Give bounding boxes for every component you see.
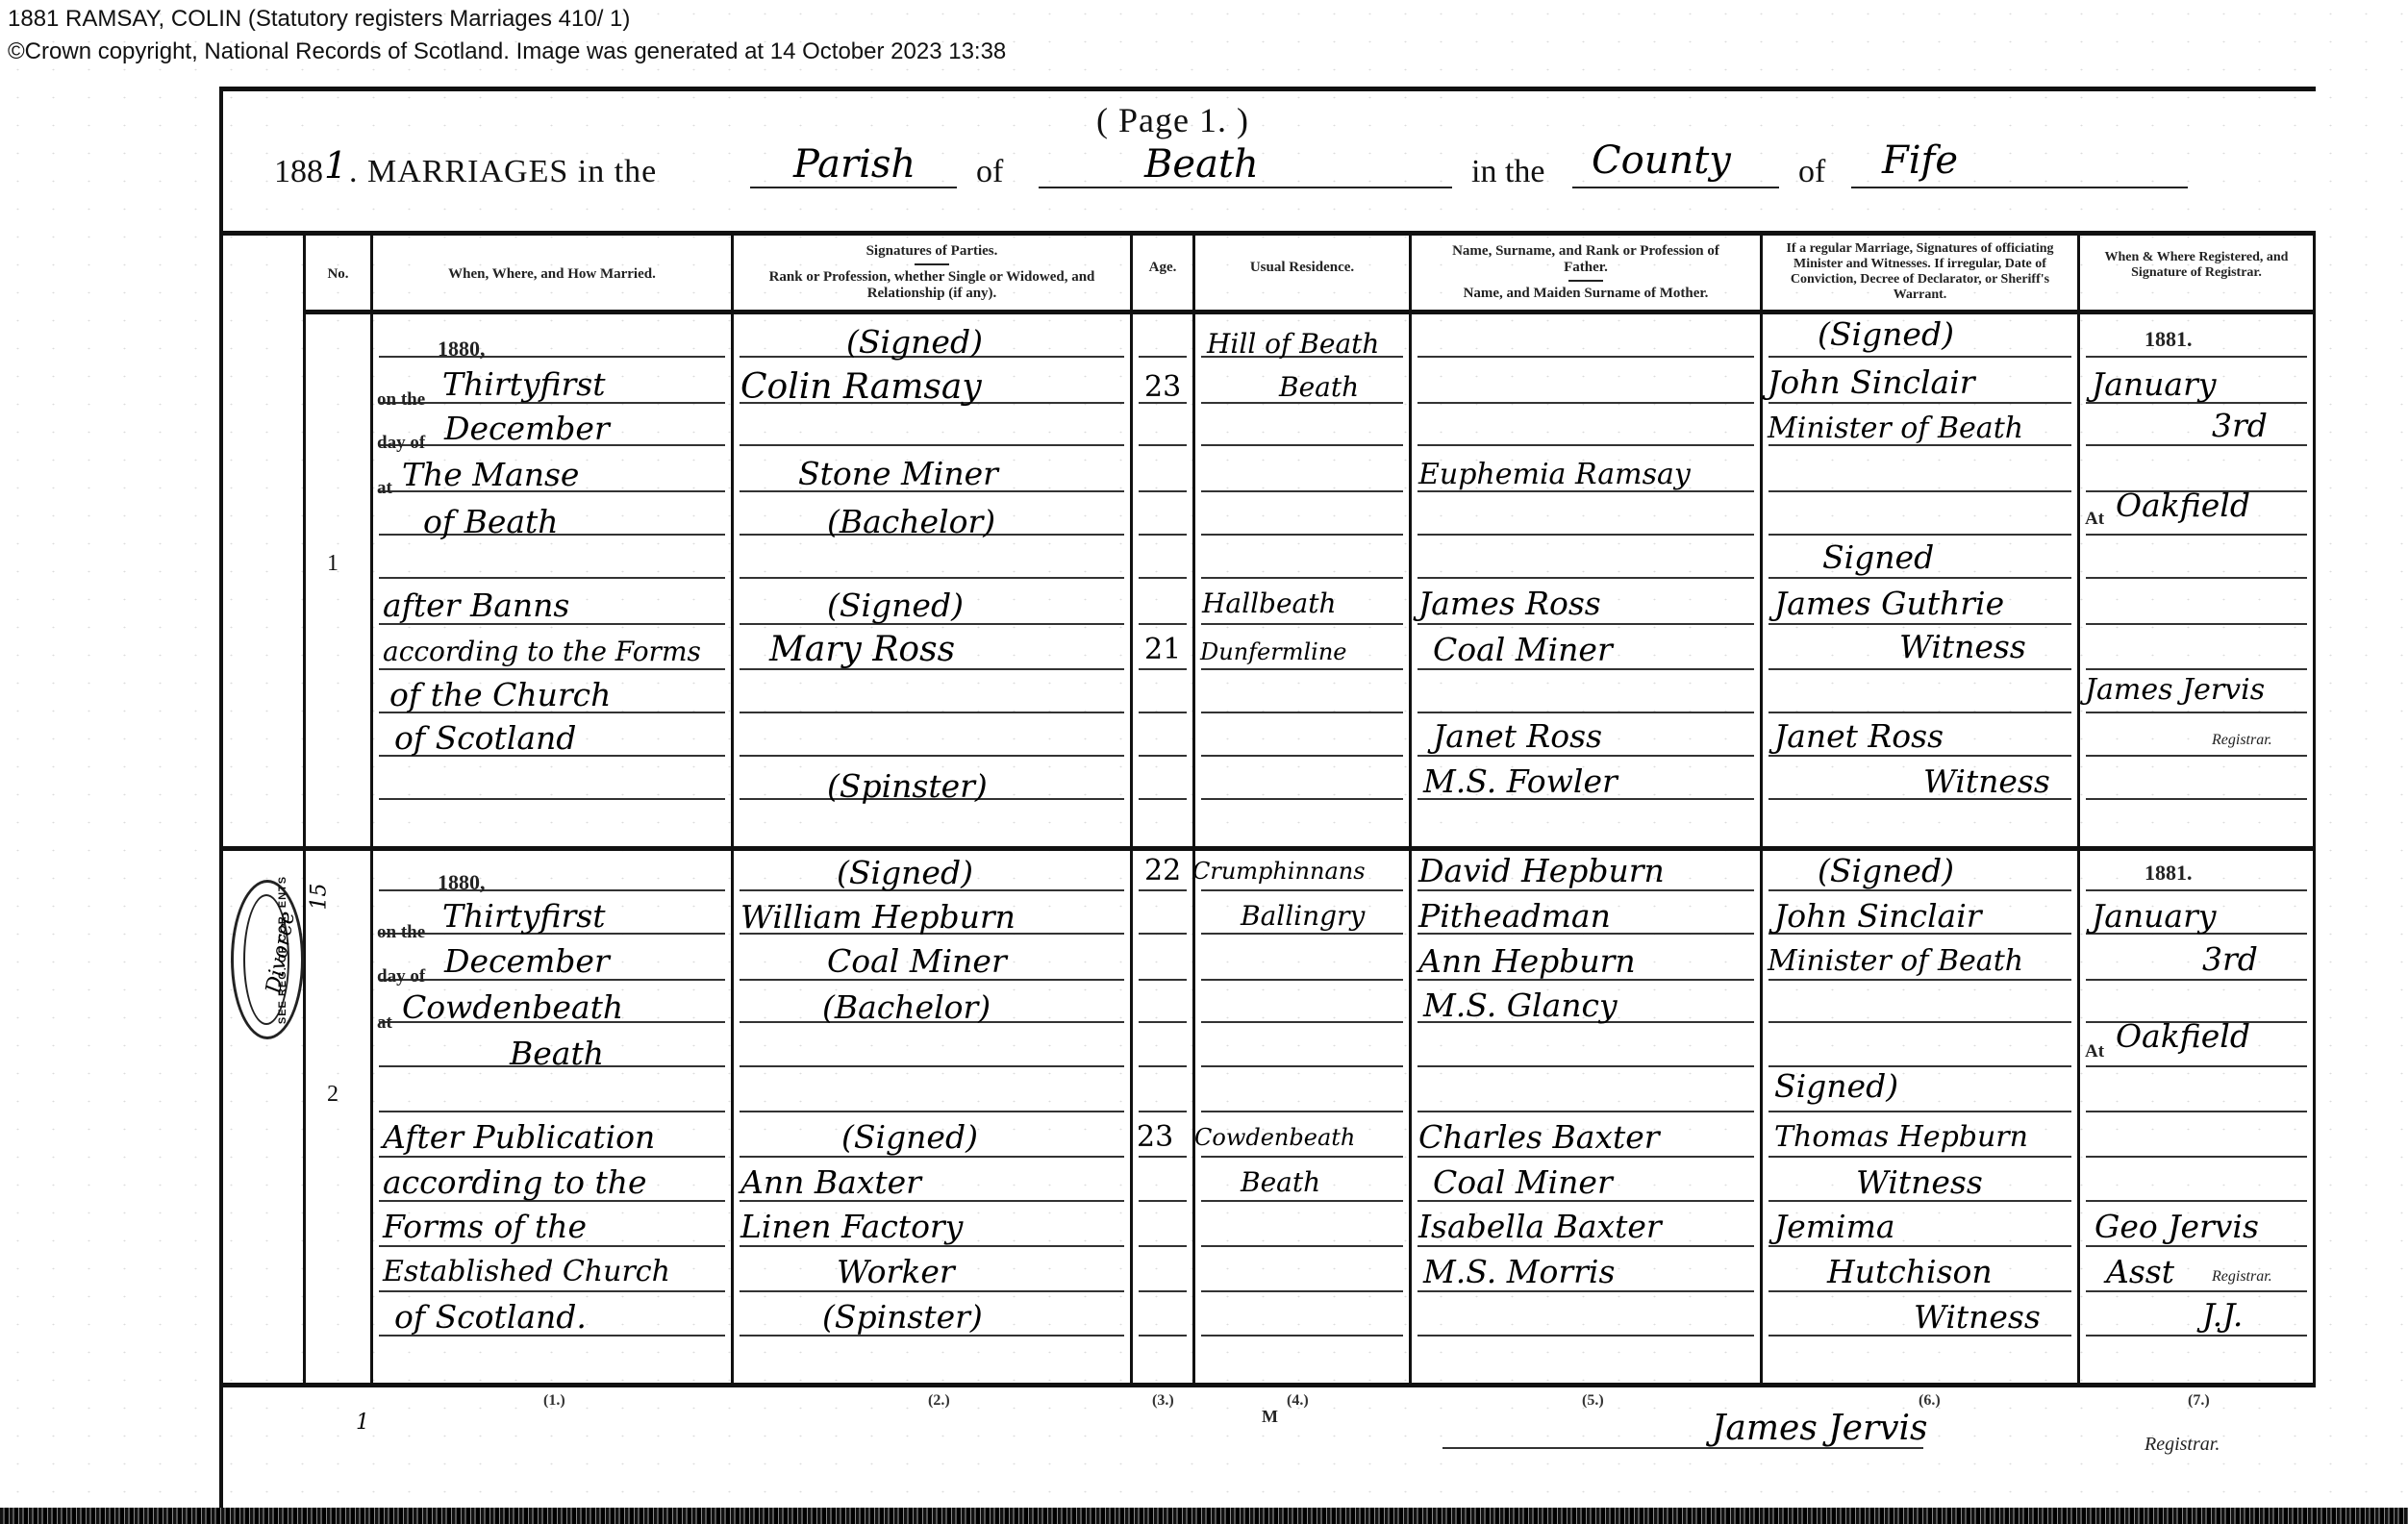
minister-name: John Sinclair: [1774, 899, 1982, 934]
registered-place: Oakfield: [2116, 488, 2250, 523]
groom-name: Colin Ramsay: [740, 370, 982, 405]
record-title: 1881 RAMSAY, COLIN (Statutory registers …: [8, 6, 630, 33]
footer-registrar-signature: James Jervis: [1712, 1412, 1928, 1446]
bride-residence: Hallbeath: [1202, 587, 1337, 621]
table-bottom-rule: [219, 1383, 2316, 1387]
groom-occupation: Coal Miner: [827, 944, 1007, 979]
county-type: County: [1592, 138, 1731, 183]
district-type: Parish: [793, 142, 916, 187]
registered-day: 3rd: [2212, 409, 2268, 443]
bride-name: Mary Ross: [769, 633, 955, 667]
bride-mother-maiden: M.S. Morris: [1423, 1255, 1615, 1289]
col-header-witnesses: If a regular Marriage, Signatures of off…: [1763, 235, 2077, 310]
groom-age: 22: [1144, 854, 1181, 888]
page-label: ( Page 1. ): [1096, 100, 1249, 140]
col-header-parents: Name, Surname, and Rank or Profession of…: [1412, 235, 1760, 310]
title-marriages: . MARRIAGES in the: [349, 154, 657, 190]
header-bottom-rule: [303, 310, 2313, 314]
bride-residence: Cowdenbeath: [1194, 1120, 1355, 1155]
bride-mother: Isabella Baxter: [1418, 1210, 1662, 1244]
entry-number: 2: [327, 1077, 339, 1112]
minister-name: John Sinclair: [1768, 365, 1975, 400]
minister-title: Minister of Beath: [1768, 412, 2023, 446]
entry-number: 1: [327, 546, 339, 581]
witness-1-name: James Guthrie: [1774, 587, 2004, 621]
col-header-registered: When & Where Registered, and Signature o…: [2080, 235, 2313, 296]
col-header-no: No.: [306, 238, 370, 310]
registrar-signature: Geo Jervis: [2094, 1210, 2259, 1244]
registered-month: January: [2092, 367, 2217, 402]
bride-father: James Ross: [1418, 587, 1601, 621]
scan-edge-noise: [0, 1508, 2408, 1524]
stamp-annotation: 15: [308, 884, 332, 911]
copyright-notice: ©Crown copyright, National Records of Sc…: [8, 38, 1006, 65]
groom-mother: Ann Hepburn: [1418, 944, 1636, 979]
bride-age: 21: [1144, 633, 1181, 667]
bride-status: (Spinster): [827, 769, 988, 804]
marriage-place: The Manse: [402, 458, 579, 492]
county-name: Fife: [1882, 138, 1958, 183]
groom-residence: Crumphinnans: [1192, 854, 1366, 888]
bride-name: Ann Baxter: [740, 1165, 921, 1200]
bride-mother: Janet Ross: [1433, 719, 1602, 754]
groom-occupation: Stone Miner: [798, 457, 998, 491]
witness-2-name: Janet Ross: [1774, 719, 1944, 754]
groom-status: (Bachelor): [822, 990, 991, 1025]
page-frame-left: [219, 87, 223, 1524]
col-header-residence: Usual Residence.: [1195, 238, 1409, 296]
minister-title: Minister of Beath: [1768, 944, 2023, 979]
year-suffix: 1: [324, 144, 347, 187]
footer-center-mark: M: [1262, 1399, 1278, 1434]
bride-occupation: Linen Factory: [740, 1210, 963, 1244]
bride-mother-maiden: M.S. Fowler: [1423, 764, 1618, 799]
district-name: Beath: [1144, 142, 1259, 187]
groom-name: William Hepburn: [740, 900, 1016, 935]
registered-day: 3rd: [2202, 942, 2258, 977]
groom-residence: Hill of Beath: [1207, 327, 1379, 362]
marriage-day: Thirtyfirst: [442, 899, 605, 934]
groom-status: (Bachelor): [827, 505, 995, 539]
col-header-signatures: Signatures of Parties. Rank or Professio…: [734, 235, 1130, 310]
witness-2-name: Jemima: [1774, 1210, 1895, 1244]
bride-father-occupation: Coal Miner: [1433, 633, 1613, 667]
bride-father-occupation: Coal Miner: [1433, 1165, 1613, 1200]
entry-divider: [219, 846, 2316, 851]
marriage-how: after Banns: [383, 588, 569, 623]
groom-age: 23: [1144, 370, 1181, 405]
registered-year: 1881.: [2145, 856, 2193, 890]
registered-month: January: [2092, 899, 2217, 934]
groom-father-occupation: Pitheadman: [1418, 899, 1611, 934]
witness-1-name: Thomas Hepburn: [1774, 1120, 2028, 1155]
in-the-label: in the: [1471, 154, 1544, 190]
year-prefix: 188: [274, 154, 323, 190]
footer-left-mark: 1: [356, 1406, 369, 1440]
col-header-age: Age.: [1133, 238, 1192, 296]
of-label-1: of: [976, 154, 1003, 190]
registered-year: 1881.: [2145, 322, 2193, 357]
divorce-stamp: SEE REG. OF COR. ENTS Divorce: [231, 880, 304, 1039]
groom-mother-maiden: M.S. Glancy: [1423, 988, 1618, 1023]
of-label-2: of: [1798, 154, 1825, 190]
registrar-signature: James Jervis: [2085, 673, 2265, 708]
marriage-place: Cowdenbeath: [402, 990, 623, 1025]
marriage-how: After Publication: [383, 1120, 655, 1155]
marriage-month: December: [444, 944, 610, 979]
registered-place: Oakfield: [2116, 1019, 2250, 1054]
bride-status: (Spinster): [822, 1300, 983, 1335]
marriage-day: Thirtyfirst: [442, 367, 605, 402]
groom-father: David Hepburn: [1418, 854, 1665, 888]
bride-father: Charles Baxter: [1418, 1120, 1660, 1155]
footer-registrar-label: Registrar.: [2145, 1427, 2220, 1462]
marriage-month: December: [444, 412, 610, 446]
marriage-year: 1880,: [438, 865, 486, 900]
page-frame-top: [219, 87, 2316, 91]
groom-mother: Euphemia Ramsay: [1418, 458, 1691, 492]
marriage-year: 1880,: [438, 332, 486, 366]
bride-age: 23: [1137, 1120, 1173, 1155]
col-header-when: When, Where, and How Married.: [373, 238, 731, 310]
